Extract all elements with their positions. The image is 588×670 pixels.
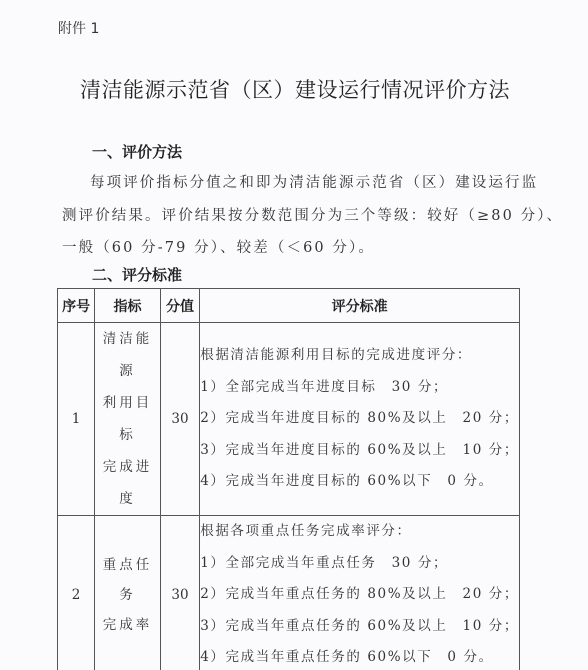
section-heading-scoring-standard: 二、评分标准: [92, 264, 182, 285]
indicator-line: 重点任务: [95, 550, 160, 610]
paragraph-line-1: 每项评价指标分值之和即为清洁能源示范省（区）建设运行监: [90, 171, 538, 192]
header-indicator: 指标: [95, 289, 161, 323]
criteria-item: 1）全部完成当年重点任务 30 分；: [200, 548, 519, 580]
indicator-line: 完成进度: [95, 451, 160, 515]
row-criteria: 根据各项重点任务完成率评分： 1）全部完成当年重点任务 30 分； 2）完成当年…: [200, 516, 520, 670]
table-row: 2 重点任务 完成率 30 根据各项重点任务完成率评分： 1）全部完成当年重点任…: [58, 516, 520, 670]
indicator-line: 清洁能源: [95, 323, 160, 387]
row-serial-number: 1: [58, 323, 95, 516]
header-serial-number: 序号: [58, 289, 95, 323]
paragraph-line-3: 一般（60 分-79 分）、较差（＜60 分）。: [62, 236, 375, 257]
criteria-intro: 根据清洁能源利用目标的完成进度评分：: [200, 340, 519, 372]
row-serial-number: 2: [58, 516, 95, 670]
indicator-line: 完成率: [95, 610, 160, 640]
header-criteria: 评分标准: [200, 289, 520, 323]
row-score: 30: [160, 323, 199, 516]
table-header-row: 序号 指标 分值 评分标准: [58, 289, 520, 323]
criteria-intro: 根据各项重点任务完成率评分：: [200, 516, 519, 548]
scoring-table: 序号 指标 分值 评分标准 1 清洁能源 利用目标 完成进度 30 根据清洁能源…: [57, 288, 520, 670]
row-score: 30: [160, 516, 199, 670]
header-score: 分值: [160, 289, 199, 323]
table-row: 1 清洁能源 利用目标 完成进度 30 根据清洁能源利用目标的完成进度评分： 1…: [58, 323, 520, 516]
criteria-item: 4）完成当年重点任务的 60%以下 0 分。: [200, 642, 519, 670]
section-heading-evaluation-method: 一、评价方法: [92, 141, 182, 162]
criteria-item: 3）完成当年进度目标的 60%及以上 10 分；: [200, 435, 519, 467]
document-title: 清洁能源示范省（区）建设运行情况评价方法: [80, 74, 510, 104]
attachment-label: 附件 1: [58, 18, 99, 38]
row-indicator: 清洁能源 利用目标 完成进度: [95, 323, 161, 516]
criteria-item: 1）全部完成当年进度目标 30 分；: [200, 372, 519, 404]
indicator-line: 利用目标: [95, 387, 160, 451]
row-indicator: 重点任务 完成率: [95, 516, 161, 670]
paragraph-line-2: 测评价结果。评价结果按分数范围分为三个等级：较好（≥80 分）、: [62, 204, 563, 225]
criteria-item: 2）完成当年重点任务的 80%及以上 20 分；: [200, 579, 519, 611]
row-criteria: 根据清洁能源利用目标的完成进度评分： 1）全部完成当年进度目标 30 分； 2）…: [200, 323, 520, 516]
criteria-item: 2）完成当年进度目标的 80%及以上 20 分；: [200, 403, 519, 435]
criteria-item: 4）完成当年进度目标的 60%以下 0 分。: [200, 466, 519, 498]
criteria-item: 3）完成当年重点任务的 60%及以上 10 分；: [200, 611, 519, 643]
